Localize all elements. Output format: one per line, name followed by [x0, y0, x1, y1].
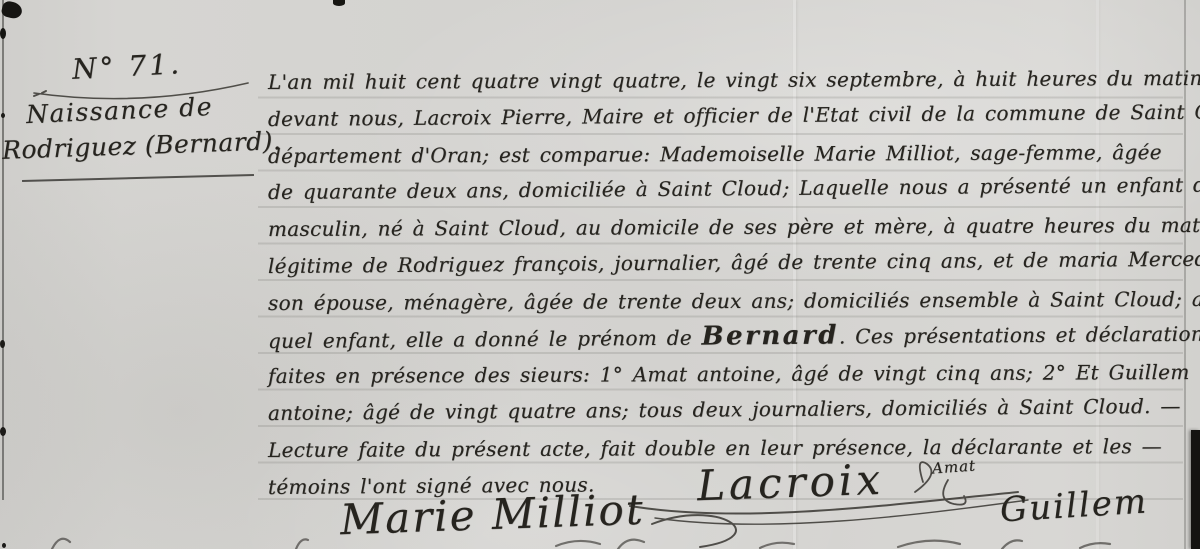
- register-scan-page: N° 71. Naissance de Rodriguez (Bernard).…: [0, 0, 1200, 549]
- signature-guillem: Guillem: [999, 482, 1149, 531]
- act-text-line: Lecture faite du présent acte, fait doub…: [268, 434, 1162, 462]
- margin-rule-line: [22, 174, 254, 182]
- act-text-line: devant nous, Lacroix Pierre, Maire et of…: [268, 99, 1200, 131]
- margin-title-name: Rodriguez (Bernard).: [2, 126, 282, 165]
- act-text-line: son épouse, ménagère, âgée de trente deu…: [268, 287, 1200, 315]
- act-text-line: faites en présence des sieurs: 1° Amat a…: [268, 360, 1190, 388]
- child-name-bernard: Bernard: [701, 321, 839, 352]
- scan-artifact-dot: [2, 543, 6, 548]
- margin-title-naissance: Naissance de: [25, 92, 213, 129]
- act-text-line: masculin, né à Saint Cloud, au domicile …: [268, 213, 1200, 241]
- scan-left-edge: [2, 0, 4, 500]
- act-text-line: L'an mil huit cent quatre vingt quatre, …: [268, 66, 1200, 94]
- signature-marie-milliot: Marie Milliot: [339, 485, 645, 545]
- scan-artifact-dot: [0, 427, 6, 436]
- scan-artifact-blob: [333, 0, 345, 6]
- next-act-partial-line: [52, 539, 1110, 549]
- act-number: N° 71.: [71, 47, 183, 86]
- act-text-line: légitime de Rodriguez françois, journali…: [268, 246, 1200, 278]
- act-text-line-bernard: quel enfant, elle a donné le prénom de B…: [268, 318, 1200, 355]
- signature-lacroix: Lacroix: [696, 455, 885, 510]
- act-text-post-bernard: . Ces présentations et déclarations: [839, 322, 1200, 349]
- act-text-pre-bernard: quel enfant, elle a donné le prénom de: [268, 326, 702, 353]
- act-text-line: antoine; âgé de vingt quatre ans; tous d…: [268, 394, 1181, 425]
- scan-artifact-dot: [1, 113, 5, 118]
- scan-artifact-blob: [0, 28, 6, 39]
- scan-artifact-dot: [0, 340, 5, 348]
- act-text-line: département d'Oran; est comparue: Mademo…: [268, 140, 1162, 168]
- scan-right-dark-strip: [1191, 430, 1200, 549]
- signature-amat: Amat: [931, 456, 976, 477]
- act-text-line: de quarante deux ans, domiciliée à Saint…: [268, 172, 1200, 204]
